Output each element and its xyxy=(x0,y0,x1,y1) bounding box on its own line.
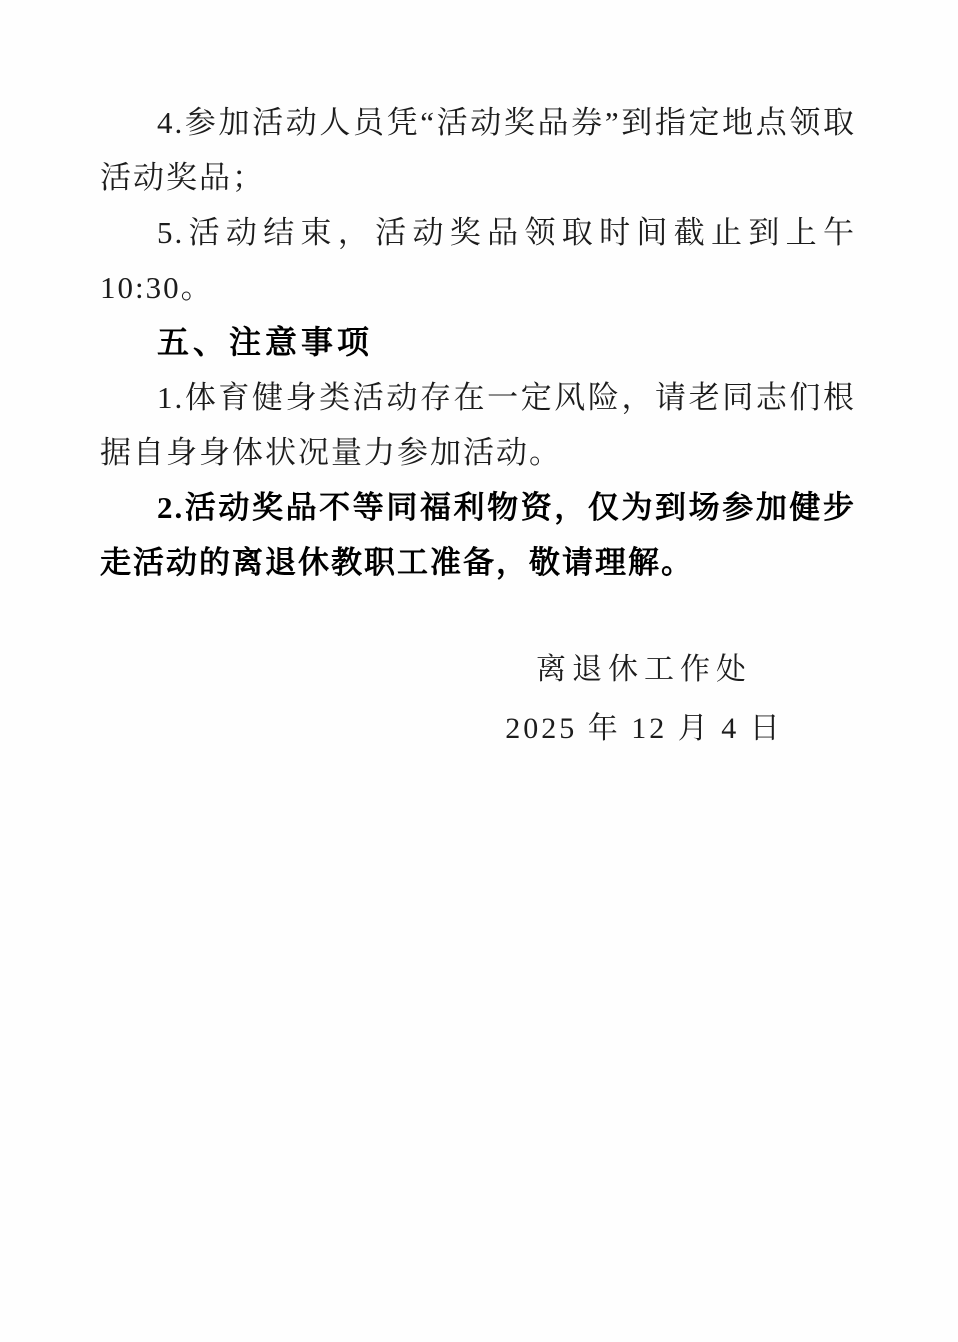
document-body: 4.参加活动人员凭“活动奖品券”到指定地点领取活动奖品； 5.活动结束，活动奖品… xyxy=(100,95,856,590)
section-heading-notes: 五、注意事项 xyxy=(100,315,856,370)
paragraph-note-1: 1.体育健身类活动存在一定风险，请老同志们根据自身身体状况量力参加活动。 xyxy=(100,370,856,480)
signature-block: 离退休工作处 2025 年 12 月 4 日 xyxy=(0,640,958,758)
paragraph-note-2: 2.活动奖品不等同福利物资，仅为到场参加健步走活动的离退休教职工准备，敬请理解。 xyxy=(100,480,856,590)
signature-department: 离退休工作处 xyxy=(505,640,783,699)
signature-date: 2025 年 12 月 4 日 xyxy=(505,699,783,758)
paragraph-item-5: 5.活动结束，活动奖品领取时间截止到上午 10:30。 xyxy=(100,205,856,315)
document-page: 4.参加活动人员凭“活动奖品券”到指定地点领取活动奖品； 5.活动结束，活动奖品… xyxy=(0,0,958,1342)
signature-inner: 离退休工作处 2025 年 12 月 4 日 xyxy=(505,640,783,758)
paragraph-item-4: 4.参加活动人员凭“活动奖品券”到指定地点领取活动奖品； xyxy=(100,95,856,205)
